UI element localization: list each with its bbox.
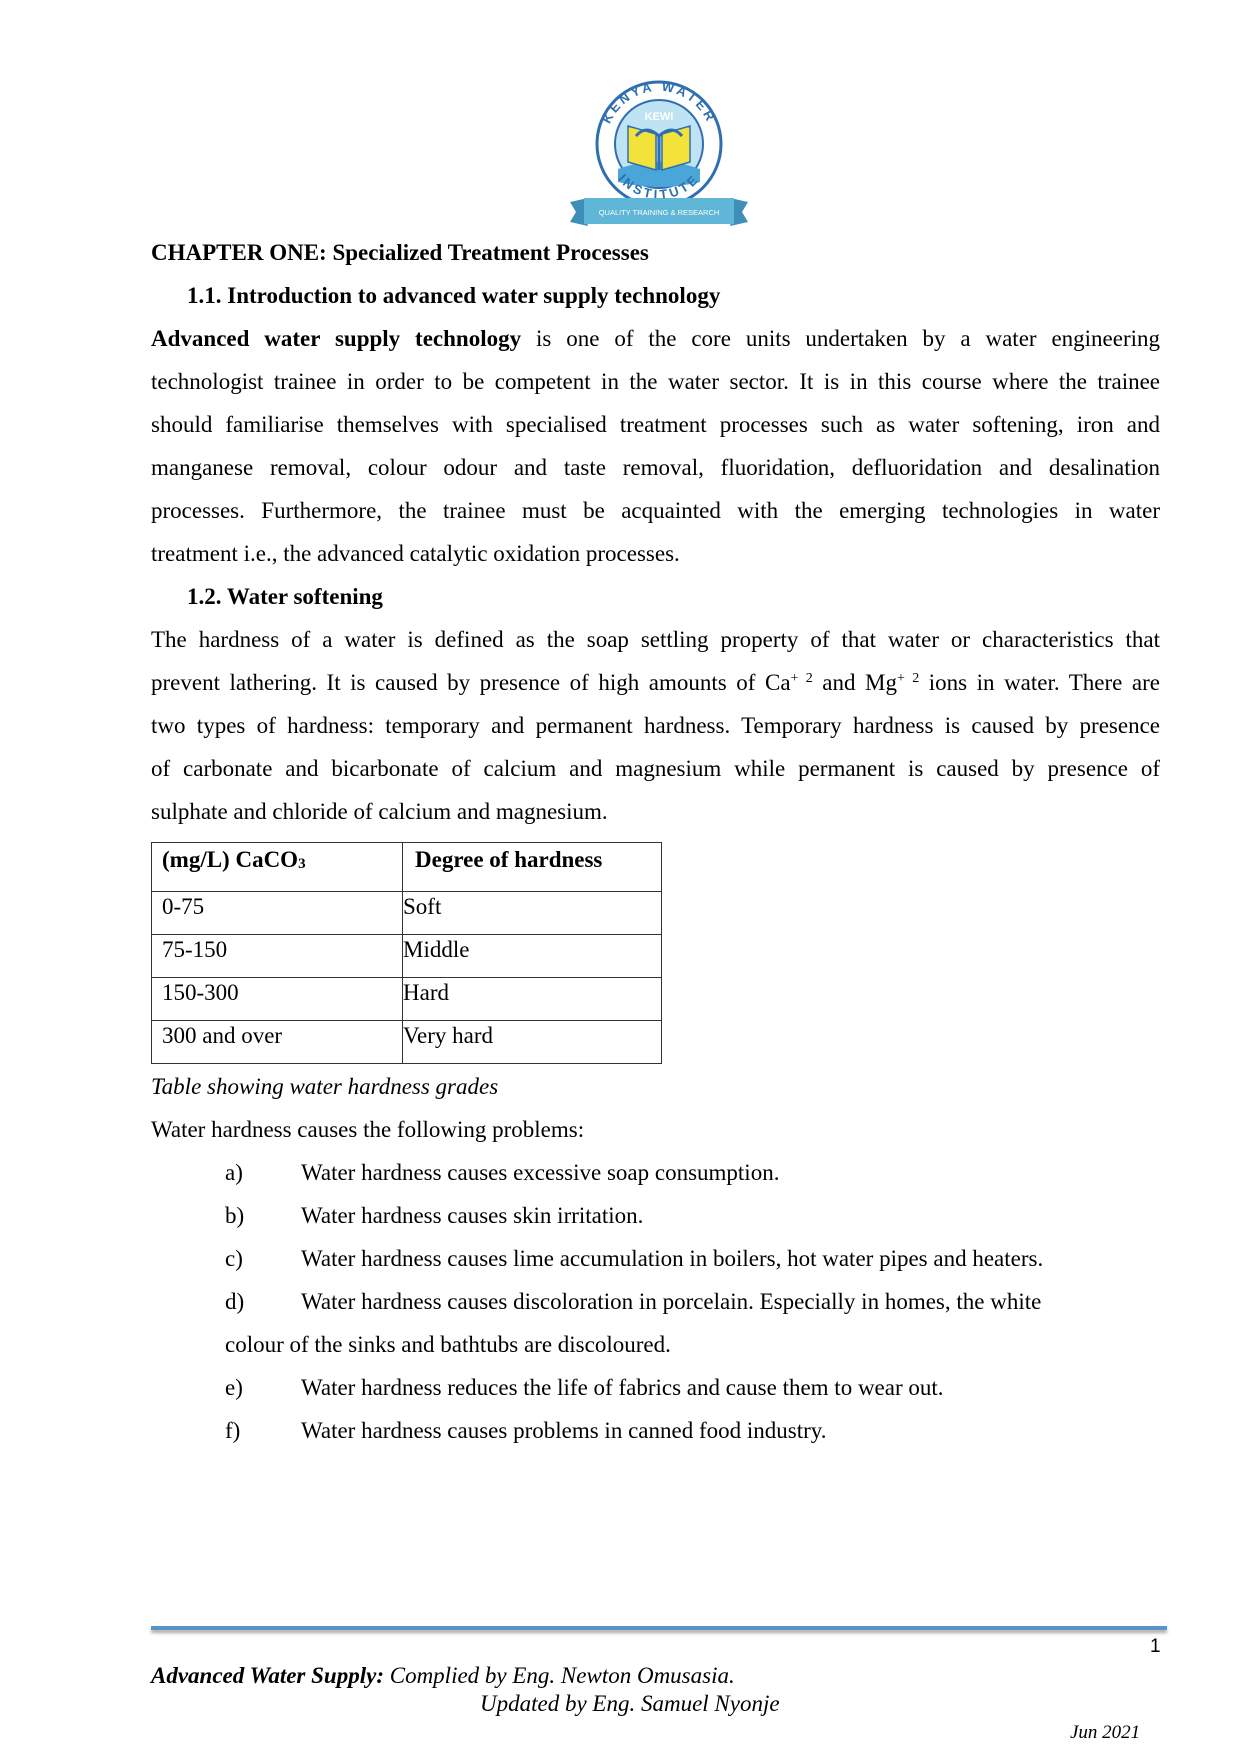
svg-text:KEWI: KEWI [645, 111, 674, 123]
list-marker: c) [225, 1244, 243, 1274]
paragraph-line: manganese removal, colour odour and tast… [151, 453, 1160, 483]
list-item: Water hardness causes excessive soap con… [301, 1158, 779, 1188]
footer-rule [151, 1626, 1167, 1630]
table-cell: Middle [403, 935, 662, 978]
footer-compiled: Advanced Water Supply: Complied by Eng. … [151, 1662, 735, 1690]
superscript: + 2 [897, 671, 919, 686]
table-cell: Hard [403, 978, 662, 1021]
table-row: 150-300 Hard [152, 978, 662, 1021]
table-cell: 300 and over [152, 1021, 403, 1064]
superscript: + 2 [791, 671, 813, 686]
footer-updated: Updated by Eng. Samuel Nyonje [480, 1690, 780, 1718]
hardness-table: (mg/L) CaCO3 Degree of hardness 0-75 Sof… [151, 842, 662, 1064]
table-header-cell: (mg/L) CaCO3 [152, 843, 403, 892]
table-header-row: (mg/L) CaCO3 Degree of hardness [152, 843, 662, 892]
table-cell: Very hard [403, 1021, 662, 1064]
list-marker: a) [225, 1158, 243, 1188]
table-row: 0-75 Soft [152, 892, 662, 935]
paragraph-line: technologist trainee in order to be comp… [151, 367, 1160, 397]
list-marker: f) [225, 1416, 240, 1446]
list-item-continuation: colour of the sinks and bathtubs are dis… [225, 1330, 671, 1360]
paragraph-line: The hardness of a water is defined as th… [151, 625, 1160, 655]
kewi-logo: KEWI KENYA WATER INSTITUTE QUALITY TRAIN… [566, 74, 752, 232]
section-heading-1-1: 1.1. Introduction to advanced water supp… [187, 281, 1196, 311]
table-caption: Table showing water hardness grades [151, 1072, 1160, 1102]
paragraph-line: should familiarise themselves with speci… [151, 410, 1160, 440]
paragraph-line: Advanced water supply technology is one … [151, 324, 1160, 354]
chapter-title: CHAPTER ONE: Specialized Treatment Proce… [151, 238, 1160, 268]
svg-text:QUALITY TRAINING & RESEARCH: QUALITY TRAINING & RESEARCH [599, 208, 720, 217]
list-marker: b) [225, 1201, 244, 1231]
table-row: 75-150 Middle [152, 935, 662, 978]
paragraph-line: processes. Furthermore, the trainee must… [151, 496, 1160, 526]
list-item: Water hardness causes lime accumulation … [301, 1244, 1043, 1274]
page-number: 1 [1150, 1636, 1161, 1658]
paragraph-line: two types of hardness: temporary and per… [151, 711, 1160, 741]
list-marker: e) [225, 1373, 243, 1403]
table-cell: 75-150 [152, 935, 403, 978]
list-item: Water hardness causes discoloration in p… [301, 1287, 1041, 1317]
paragraph-line: sulphate and chloride of calcium and mag… [151, 797, 1160, 827]
list-item: Water hardness reduces the life of fabri… [301, 1373, 944, 1403]
table-cell: Soft [403, 892, 662, 935]
paragraph-line: treatment i.e., the advanced catalytic o… [151, 539, 1160, 569]
bold-term: Advanced water supply technology [151, 326, 521, 351]
problems-intro: Water hardness causes the following prob… [151, 1115, 1160, 1145]
table-row: 300 and over Very hard [152, 1021, 662, 1064]
table-header-cell: Degree of hardness [403, 843, 662, 892]
list-item: Water hardness causes problems in canned… [301, 1416, 827, 1446]
paragraph-line: prevent lathering. It is caused by prese… [151, 668, 1160, 698]
footer-date: Jun 2021 [1070, 1722, 1140, 1744]
table-cell: 150-300 [152, 978, 403, 1021]
table-cell: 0-75 [152, 892, 403, 935]
paragraph-line: of carbonate and bicarbonate of calcium … [151, 754, 1160, 784]
section-heading-1-2: 1.2. Water softening [187, 582, 1196, 612]
list-marker: d) [225, 1287, 244, 1317]
list-item: Water hardness causes skin irritation. [301, 1201, 643, 1231]
